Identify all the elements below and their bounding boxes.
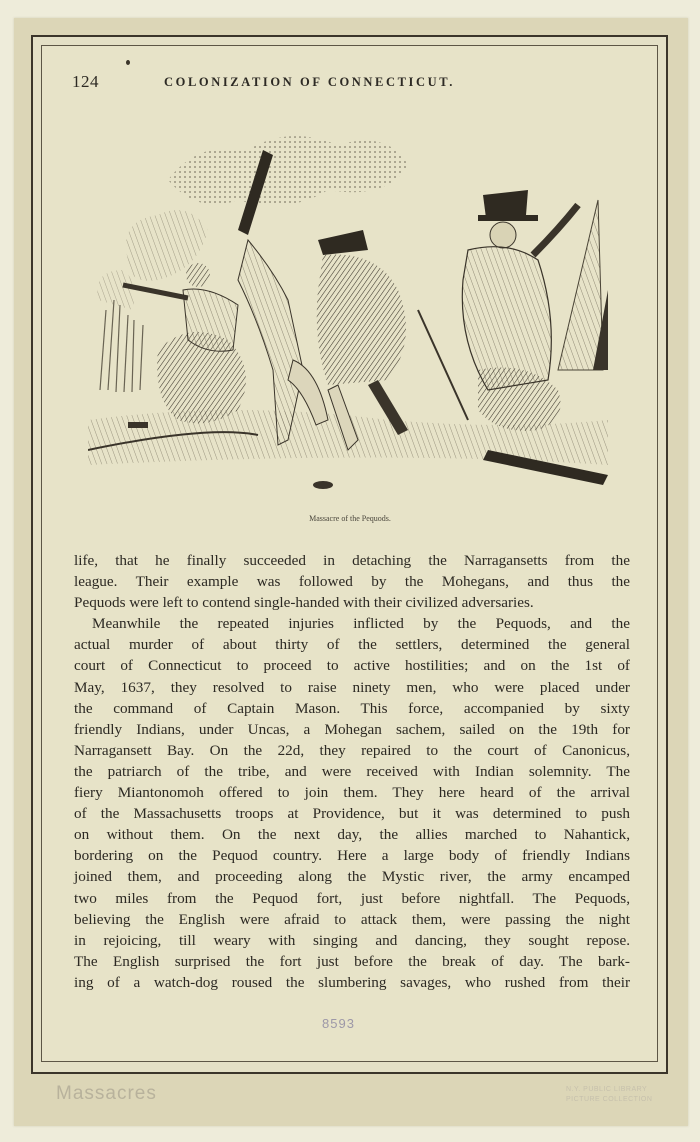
text-line: May, 1637, they resolved to raise ninety… bbox=[74, 677, 630, 698]
library-stamp: N.Y. PUBLIC LIBRARY PICTURE COLLECTION bbox=[566, 1085, 676, 1105]
text-line: life, that he finally succeeded in detac… bbox=[74, 550, 630, 571]
engraving-image bbox=[88, 120, 608, 500]
text-line: actual murder of about thirty of the set… bbox=[74, 634, 630, 655]
text-line: Meanwhile the repeated injuries inflicte… bbox=[74, 613, 630, 634]
page-header: 124 COLONIZATION OF CONNECTICUT. bbox=[72, 72, 632, 96]
text-line: the command of Captain Mason. This force… bbox=[74, 698, 630, 719]
text-line: friendly Indians, under Uncas, a Mohegan… bbox=[74, 719, 630, 740]
library-stamp-line: PICTURE COLLECTION bbox=[566, 1095, 676, 1105]
text-line: The English surprised the fort just befo… bbox=[74, 951, 630, 972]
text-line: the patriarch of the tribe, and were rec… bbox=[74, 761, 630, 782]
text-line: court of Connecticut to proceed to activ… bbox=[74, 655, 630, 676]
pencil-subject-label: Massacres bbox=[56, 1083, 157, 1105]
body-text: life, that he finally succeeded in detac… bbox=[74, 550, 630, 993]
page-number: 124 bbox=[72, 72, 99, 92]
text-line: bordering on the Pequod country. Here a … bbox=[74, 845, 630, 866]
running-title: COLONIZATION OF CONNECTICUT. bbox=[164, 75, 455, 90]
accession-number: 8593 bbox=[322, 1016, 355, 1031]
text-line: Narragansett Bay. On the 22d, they repai… bbox=[74, 740, 630, 761]
engraving-illustration bbox=[88, 120, 608, 500]
ink-spot bbox=[126, 60, 130, 65]
text-line: joined them, and proceeding along the My… bbox=[74, 866, 630, 887]
text-line: on without them. On the next day, the al… bbox=[74, 824, 630, 845]
text-line: of the Massachusetts troops at Providenc… bbox=[74, 803, 630, 824]
text-line: fiery Miantonomoh offered to join them. … bbox=[74, 782, 630, 803]
text-line: Pequods were left to contend single-hand… bbox=[74, 592, 630, 613]
library-stamp-line: N.Y. PUBLIC LIBRARY bbox=[566, 1085, 676, 1095]
text-line: two miles from the Pequod fort, just bef… bbox=[74, 888, 630, 909]
text-line: in rejoicing, till weary with singing an… bbox=[74, 930, 630, 951]
text-line: league. Their example was followed by th… bbox=[74, 571, 630, 592]
text-line: believing the English were afraid to att… bbox=[74, 909, 630, 930]
text-line: ing of a watch-dog roused the slumbering… bbox=[74, 972, 630, 993]
illustration-caption: Massacre of the Pequods. bbox=[0, 514, 700, 523]
